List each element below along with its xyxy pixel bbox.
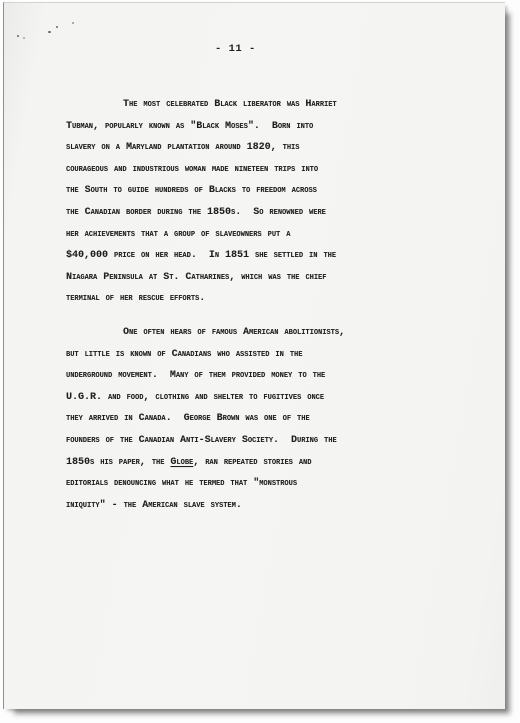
text-line: Niagara Peninsula at St. Catharines, whi… xyxy=(66,267,466,289)
paragraph: One often hears of famous American aboli… xyxy=(66,322,466,516)
scan-speck xyxy=(48,31,51,33)
text-line: they arrived in Canada. George Brown was… xyxy=(66,408,466,430)
text-line: founders of the Canadian Anti-Slavery So… xyxy=(66,430,466,452)
text-segment: The most celebrated Black liberator was … xyxy=(123,99,337,110)
text-segment: the Canadian border during the 1850s. So… xyxy=(66,207,326,218)
text-segment: Niagara Peninsula at St. Catharines, whi… xyxy=(66,272,326,283)
text-line: U.G.R. and food, clothing and shelter to… xyxy=(66,387,466,409)
text-segment: terminal of her rescue efforts. xyxy=(66,293,205,304)
underlined-title-text: Globe xyxy=(170,457,193,468)
text-line: terminal of her rescue efforts. xyxy=(66,288,466,310)
text-segment: underground movement. Many of them provi… xyxy=(66,370,325,381)
paragraph: The most celebrated Black liberator was … xyxy=(66,94,466,310)
text-line: but little is known of Canadians who ass… xyxy=(66,344,466,366)
scanned-document-page: - 11 - The most celebrated Black liberat… xyxy=(3,2,505,709)
text-segment: $40,000 price on her head. In 1851 she s… xyxy=(66,250,336,261)
scan-speck xyxy=(72,22,74,24)
text-segment: 1850s his paper, the xyxy=(66,457,170,468)
text-segment: but little is known of Canadians who ass… xyxy=(66,349,302,360)
scan-speck xyxy=(23,37,25,39)
text-line: underground movement. Many of them provi… xyxy=(66,365,466,387)
page-number: - 11 - xyxy=(215,41,256,57)
text-segment: the South to guide hundreds of Blacks to… xyxy=(66,185,317,196)
text-line: slavery on a Maryland plantation around … xyxy=(66,137,466,159)
text-segment: , ran repeated stories and xyxy=(193,457,311,468)
scan-speck xyxy=(17,35,19,37)
text-line: the Canadian border during the 1850s. So… xyxy=(66,202,466,224)
text-segment: they arrived in Canada. George Brown was… xyxy=(66,413,310,424)
text-segment: founders of the Canadian Anti-Slavery So… xyxy=(66,435,337,446)
text-line: editorials denouncing what he termed tha… xyxy=(66,473,466,495)
text-line: Tubman, popularly known as "Black Moses"… xyxy=(66,116,466,138)
text-line: courageous and industrious woman made ni… xyxy=(66,159,466,181)
text-line: iniquity" - the American slave system. xyxy=(66,495,466,517)
text-segment: iniquity" - the American slave system. xyxy=(66,500,242,511)
text-segment: her achievements that a group of slaveow… xyxy=(66,229,290,240)
text-segment: slavery on a Maryland plantation around … xyxy=(66,142,299,153)
text-segment: Tubman, popularly known as "Black Moses"… xyxy=(66,121,313,132)
text-line: the South to guide hundreds of Blacks to… xyxy=(66,180,466,202)
text-line: One often hears of famous American aboli… xyxy=(66,322,466,344)
document-body: The most celebrated Black liberator was … xyxy=(66,94,466,516)
text-segment: One often hears of famous American aboli… xyxy=(123,327,345,338)
scan-speck xyxy=(56,26,58,28)
text-line: The most celebrated Black liberator was … xyxy=(66,94,466,116)
text-segment: U.G.R. and food, clothing and shelter to… xyxy=(66,392,324,403)
text-line: $40,000 price on her head. In 1851 she s… xyxy=(66,245,466,267)
text-segment: courageous and industrious woman made ni… xyxy=(66,164,318,175)
text-line: 1850s his paper, the Globe, ran repeated… xyxy=(66,452,466,474)
text-segment: editorials denouncing what he termed tha… xyxy=(66,478,297,489)
text-line: her achievements that a group of slaveow… xyxy=(66,224,466,246)
